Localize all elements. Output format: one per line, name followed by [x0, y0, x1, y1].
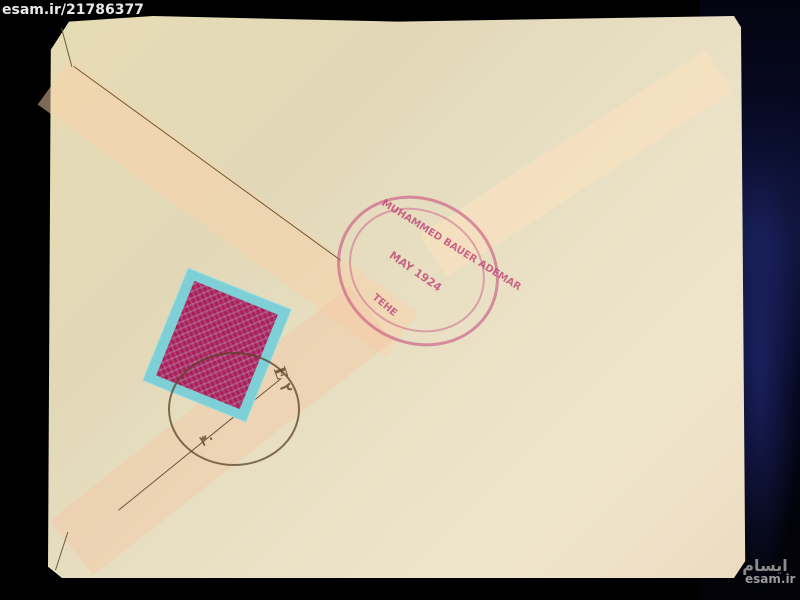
watermark-site: esam.ir: [745, 572, 795, 586]
watermark-url: esam.ir/21786377: [2, 2, 144, 18]
